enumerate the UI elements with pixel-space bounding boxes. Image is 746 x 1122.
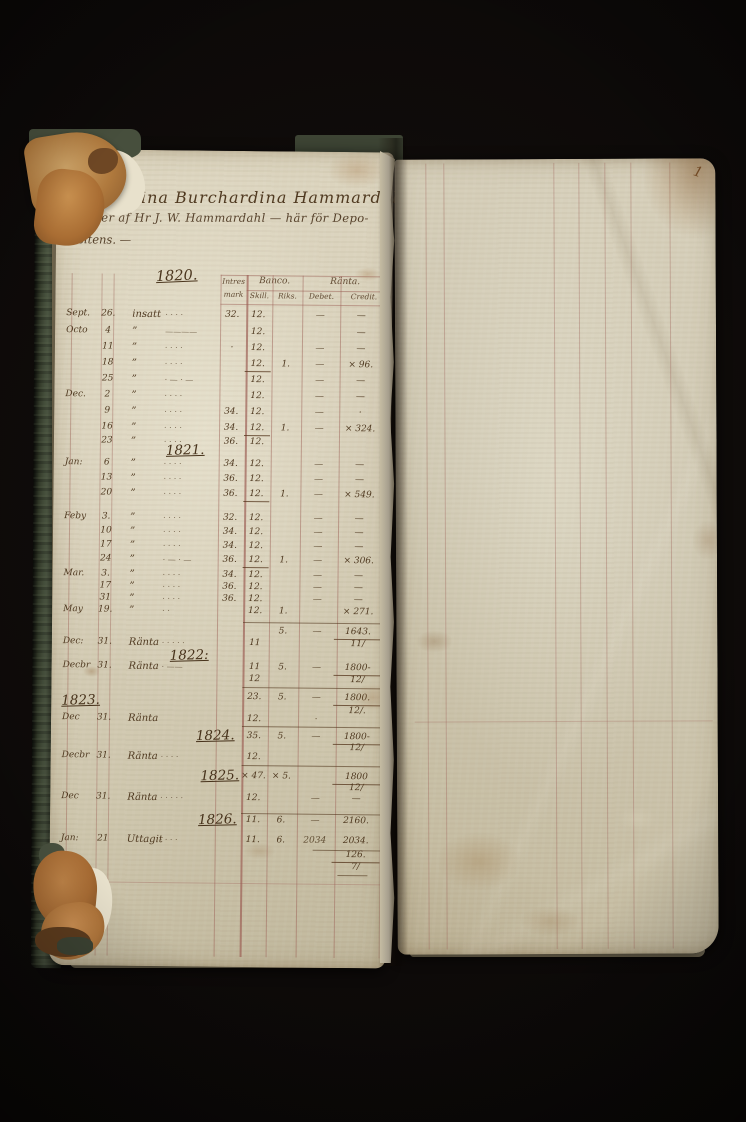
ledger-cell-d: 4 <box>98 324 118 337</box>
ledger-cell-desc: ” <box>131 435 136 448</box>
ledger-cell-rk: 1. <box>268 605 298 618</box>
ledger-cell-db: — <box>296 815 334 828</box>
ledger-cell-sk: 12. <box>240 792 266 805</box>
photo-of-ledger: 1. Carolina Burchardina Hammardahl Dotte… <box>0 0 746 1122</box>
left-page: 1. Carolina Burchardina Hammardahl Dotte… <box>48 149 394 968</box>
ledger-row: Decbr31.Ränta· · · ·12. <box>51 749 388 766</box>
ledger-cell-d: 10 <box>96 524 116 537</box>
ledger-cell-d: 21 <box>93 832 113 845</box>
ledger-cell-db: — <box>300 391 338 404</box>
ledger-cell-ld: · · · · <box>164 421 218 435</box>
ledger-cell-cr: — <box>336 459 384 473</box>
ledger-cell-cr: — <box>335 541 383 555</box>
ledger-cell-db: 2034 <box>296 835 334 848</box>
ledger-cell-ld: · · <box>162 604 216 618</box>
ledger-cell-desc: Ränta <box>128 750 158 763</box>
ledger-cell-rk: 1. <box>269 488 299 501</box>
right-folio-number: 1 <box>691 163 704 181</box>
ledger-cell-rk: 6. <box>266 814 296 827</box>
ledger-cell-db: — <box>300 407 338 420</box>
ledger-row: 1212/ <box>51 671 388 688</box>
ruled-vertical-line <box>553 163 557 949</box>
ledger-cell-ld: · · · · <box>163 525 217 539</box>
ledger-cell-sk: 12. <box>243 540 269 553</box>
ledger-cell-desc: ” <box>132 325 137 338</box>
ledger-cell-d: 19. <box>95 603 115 616</box>
ledger-cell-cr: 2160. <box>332 815 380 829</box>
ledger-cell-sk: 12. <box>244 390 270 403</box>
ledger-cell-sk: 12. <box>243 512 269 525</box>
ledger-cell-d: 31. <box>95 635 115 648</box>
ledger-cell-db: · <box>297 714 335 727</box>
ledger-cell-sk: 12. <box>244 422 270 436</box>
ruled-vertical-line <box>425 164 429 950</box>
ledger-row: Dec.2”· · · ·12.—— <box>54 388 391 405</box>
ledger-cell-desc: insatt <box>132 308 161 321</box>
ledger-cell-m: Jan: <box>61 832 97 845</box>
ledger-cell-sk: 12. <box>242 605 268 618</box>
ledger-cell-sk: 11. <box>240 814 266 827</box>
ledger-cell-mk: 36. <box>217 554 243 567</box>
ledger-cell-mk: 32. <box>219 309 245 322</box>
torn-page-edge <box>380 151 395 963</box>
ledger-cell-m: Feby <box>64 510 100 523</box>
ink-rule-line <box>243 622 384 624</box>
ledger-cell-sk: 23. <box>241 691 267 704</box>
ruled-vertical-line <box>669 162 673 948</box>
ledger-cell-desc: ” <box>131 421 136 434</box>
ledger-cell-d: 20 <box>96 486 116 499</box>
col-header-ranta: Ränta. <box>303 277 388 288</box>
ledger-cell-ld: · — · — <box>163 553 217 567</box>
ledger-row: 23”· · · ·36.12. <box>54 434 391 451</box>
ledger-cell-desc: ” <box>129 604 134 617</box>
ledger-cell-db: — <box>301 343 339 356</box>
ledger-cell-db: — <box>299 555 337 568</box>
ledger-cell-sk: 12. <box>244 406 270 419</box>
ledger-cell-ld: · · · · <box>163 472 217 486</box>
ledger-cell-sk: 12. <box>243 488 269 502</box>
ledger-cell-m: Octo <box>66 324 102 337</box>
ledger-cell-sk: 11. <box>240 834 266 847</box>
ledger-cell-cr: — <box>337 310 385 324</box>
ledger-cell-cr: — <box>337 327 385 341</box>
ledger-cell-ld: · · · · <box>165 357 219 371</box>
ruled-vertical-line <box>604 163 608 949</box>
ledger-row: 11.6.—2160. <box>50 812 387 829</box>
ledger-cell-sk: 12. <box>245 358 271 372</box>
col-header-debet: Debet. <box>302 292 340 301</box>
ledger-cell-desc: ” <box>130 511 135 524</box>
ledger-row: 20”· · · ·36.12.1.—× 549. <box>53 486 390 503</box>
ruled-vertical-line <box>578 163 582 949</box>
ledger-row: Octo4”————12.— <box>55 324 392 341</box>
ledger-cell-desc: Ränta <box>127 791 157 804</box>
ledger-cell-cr: 12/ <box>333 674 381 688</box>
ruled-vertical-line <box>443 163 447 949</box>
year-title-1820: 1820. <box>139 267 214 286</box>
ledger-cell-m: Sept. <box>66 307 102 320</box>
paper-texture <box>394 158 718 954</box>
ledger-cell-d: 16 <box>97 420 117 433</box>
ledger-cell-sk: 12 <box>241 673 267 686</box>
ledger-row: Sept.26.insatt· · · ·32.12.—— <box>55 307 392 324</box>
ledger-cell-d: 13 <box>96 471 116 484</box>
ledger-cell-ld: · · · · <box>165 308 219 322</box>
ledger-cell-m: May <box>63 603 99 616</box>
ledger-cell-ld: · · · · <box>164 405 218 419</box>
ledger-cell-sk: 12. <box>244 458 270 471</box>
ledger-cell-desc: Ränta <box>129 636 159 649</box>
ledger-cell-desc: ” <box>130 487 135 500</box>
ledger-cell-desc: ” <box>130 525 135 538</box>
ledger-cell-cr: · <box>336 407 384 421</box>
ledger-cell-mk: 36. <box>217 488 243 501</box>
ledger-cell-db: — <box>299 489 337 502</box>
ledger-row: 18”· · · ·12.1.—× 96. <box>55 356 392 373</box>
ledger-cell-sk: 12. <box>243 526 269 539</box>
cover-corner-green-bottom-2 <box>57 937 93 955</box>
ledger-cell-cr: 2034. <box>332 835 380 849</box>
ledger-cell-cr: × 324. <box>336 423 384 437</box>
ledger-cell-ld: · · · · <box>164 457 218 471</box>
ledger-cell-cr: 11/ <box>334 638 382 652</box>
ledger-cell-sk: 11 <box>242 637 268 650</box>
ledger-cell-cr: × 271. <box>334 606 382 620</box>
ledger-row: Dec31.Ränta· · · · ·12.—— <box>50 790 387 807</box>
ink-rule-line <box>242 765 383 767</box>
ledger-cell-mk: 32. <box>217 512 243 525</box>
paper-crinkles <box>394 158 718 954</box>
ledger-cell-d: 25 <box>98 372 118 385</box>
ledger-cell-desc: ” <box>130 553 135 566</box>
ledger-row: Dec31.Ränta12.· <box>51 711 388 728</box>
ledger-cell-rk: 1. <box>270 422 300 435</box>
ledger-cell-m: Dec <box>62 711 98 724</box>
ledger-cell-mk: 34. <box>218 406 244 419</box>
ledger-row: May19.”· ·12.1.× 271. <box>52 603 389 620</box>
ledger-cell-desc: Uttagit <box>127 833 163 846</box>
ledger-cell-cr: — <box>335 527 383 541</box>
ledger-row: 9”· · · ·34.12.—· <box>54 404 391 421</box>
ledger-cell-cr: × 306. <box>335 555 383 569</box>
ledger-cell-cr: — <box>337 343 385 357</box>
ledger-cell-sk: 12. <box>241 713 267 726</box>
ledger-cell-desc: ” <box>131 405 136 418</box>
ledger-cell-db: — <box>301 310 339 323</box>
ledger-cell-ld: · · · · <box>160 833 214 847</box>
ink-rule-line <box>337 875 367 876</box>
ledger-cell-db: — <box>301 375 339 388</box>
ledger-cell-d: 31. <box>94 749 114 762</box>
ledger-cell-ld: ———— <box>165 325 219 339</box>
ledger-cell-ld: · · · · <box>165 341 219 355</box>
stains-right <box>394 158 718 954</box>
ledger-row: 11”· · · ··12.—— <box>55 340 392 357</box>
ledger-cell-d: 26. <box>98 307 118 320</box>
ledger-row: 25”· — · —12.—— <box>55 372 392 389</box>
ledger-cell-desc: ” <box>130 472 135 485</box>
ledger-cell-mk: 36. <box>218 436 244 449</box>
ledger-cell-cr: — <box>335 474 383 488</box>
ledger-cell-sk: 12. <box>245 326 271 339</box>
ledger-cell-desc: ” <box>130 539 135 552</box>
ledger-cell-d: 24 <box>96 552 116 565</box>
ledger-cell-db: — <box>299 541 337 554</box>
ledger-cell-rk: 1. <box>269 554 299 567</box>
ledger-cell-desc: ” <box>132 357 137 370</box>
col-header-skill: Skill. <box>246 291 272 300</box>
ledger-cell-db: — <box>296 793 334 806</box>
ruled-horizontal-line <box>220 304 387 307</box>
ledger-cell-desc: ” <box>132 373 137 386</box>
ledger-row: 13”· · · ·36.12.—— <box>53 471 390 488</box>
col-header-intres: Intres <box>221 277 247 286</box>
ledger-cell-d: 3. <box>96 510 116 523</box>
ledger-cell-db: — <box>299 527 337 540</box>
ledger-row: 24”· — · —36.12.1.—× 306. <box>53 552 390 569</box>
ruled-horizontal-line <box>415 720 713 722</box>
ledger-cell-ld: · · · · <box>164 389 218 403</box>
ruled-vertical-line <box>630 163 634 949</box>
ledger-cell-mk: 34. <box>218 458 244 471</box>
ledger-cell-sk: 12. <box>244 436 270 449</box>
ledger-cell-rk: 1. <box>271 358 301 371</box>
ledger-cell-d: 18 <box>98 356 118 369</box>
ledger-row: Jan:6”· · · ·34.12.—— <box>54 456 391 473</box>
ledger-cell-d: 9 <box>97 404 117 417</box>
ledger-cell-db: — <box>299 513 337 526</box>
ledger-cell-cr: — <box>332 793 380 807</box>
ledger-cell-ld: · · · · <box>161 750 215 764</box>
ledger-cell-db: — <box>297 692 335 705</box>
ledger-cell-desc: Ränta <box>128 712 158 725</box>
ledger-cell-mk: 34. <box>218 422 244 435</box>
ledger-cell-desc: ” <box>131 457 136 470</box>
ledger-row: Dec:31.Ränta· · · · ·1111/ <box>52 635 389 652</box>
ledger-cell-m: Jan: <box>65 456 101 469</box>
ledger-cell-ld: · · · · <box>163 487 217 501</box>
right-page: 1 <box>394 158 718 954</box>
ink-rule-line <box>242 687 383 689</box>
ledger-cell-ld: · · · · · <box>160 791 214 805</box>
ledger-cell-ld: · · · · <box>163 539 217 553</box>
ledger-cell-d: 2 <box>97 388 117 401</box>
ledger-cell-desc: ” <box>132 341 137 354</box>
ledger-cell-m: Dec <box>61 790 97 803</box>
ledger-cell-d: 17 <box>96 538 116 551</box>
ledger-cell-d: 11 <box>98 340 118 353</box>
ledger-cell-d: 31. <box>94 711 114 724</box>
ledger-cell-m: Decbr <box>62 749 98 762</box>
ledger-cell-d: 23 <box>97 434 117 447</box>
ledger-cell-db: — <box>301 359 339 372</box>
col-header-intres-2: mark <box>220 290 246 299</box>
ledger-cell-d: 31. <box>93 790 113 803</box>
ledger-cell-cr: — <box>336 391 384 405</box>
ledger-cell-db: — <box>299 474 337 487</box>
ledger-cell-mk: · <box>219 342 245 355</box>
ledger-cell-d: 6 <box>97 456 117 469</box>
ledger-cell-sk: 12. <box>241 751 267 764</box>
ledger-cell-ld: · — · — <box>165 373 219 387</box>
ledger-cell-sk: 12. <box>245 309 271 322</box>
ledger-cell-mk: 36. <box>217 473 243 486</box>
ledger-cell-cr: × 549. <box>335 489 383 503</box>
ledger-cell-desc: ” <box>131 389 136 402</box>
ledger-cell-rk: 6. <box>266 834 296 847</box>
ledger-cell-cr: × 96. <box>337 359 385 373</box>
ledger-cell-m: Dec: <box>63 635 99 648</box>
ledger-cell-db: — <box>300 459 338 472</box>
ledger-cell-cr: — <box>337 375 385 389</box>
ledger-cell-mk: 34. <box>217 526 243 539</box>
ledger-cell-rk: 5. <box>267 691 297 704</box>
ledger-cell-sk: 12. <box>245 374 271 387</box>
ledger-cell-db: — <box>300 423 338 436</box>
ledger-cell-cr: — <box>335 513 383 527</box>
col-header-banco: Banco. <box>247 276 303 287</box>
ruled-lines-right <box>394 158 715 159</box>
ledger-cell-sk: 12. <box>245 342 271 355</box>
ledger-cell-m: Dec. <box>65 388 101 401</box>
col-header-riks: Riks. <box>272 291 302 300</box>
ruled-horizontal-line <box>63 881 381 885</box>
ledger-cell-mk: 34. <box>217 540 243 553</box>
ledger-cell-ld: · · · · <box>163 511 217 525</box>
ledger-cell-sk: 12. <box>243 473 269 486</box>
ledger-cell-cr: 7/ <box>331 861 379 875</box>
ledger-cell-sk: 12. <box>243 554 269 568</box>
